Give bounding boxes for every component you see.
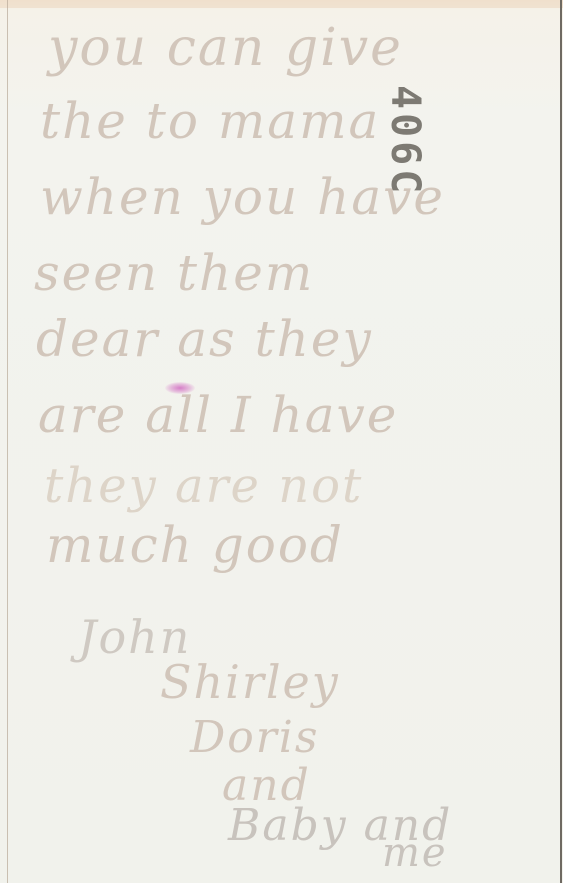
message-line-6: are all I have [38,386,398,444]
signature-line-doris: Doris [190,712,319,763]
right-card-edge [560,0,562,883]
paper-edge-tint [0,0,563,8]
left-border-line [7,0,8,883]
postcard-back: you can give the to mama when you have s… [0,0,563,883]
message-line-1: you can give [48,18,403,78]
signature-line-me: me [382,830,448,876]
stamped-number: 406C [382,85,428,197]
signature-line-shirley: Shirley [160,655,340,709]
message-line-7: they are not [44,458,363,514]
message-line-4: seen them [34,244,314,302]
message-line-2: the to mama [40,92,380,150]
message-line-5: dear as they [36,310,373,368]
pink-ink-smudge [165,382,195,394]
message-line-8: much good [46,516,344,574]
